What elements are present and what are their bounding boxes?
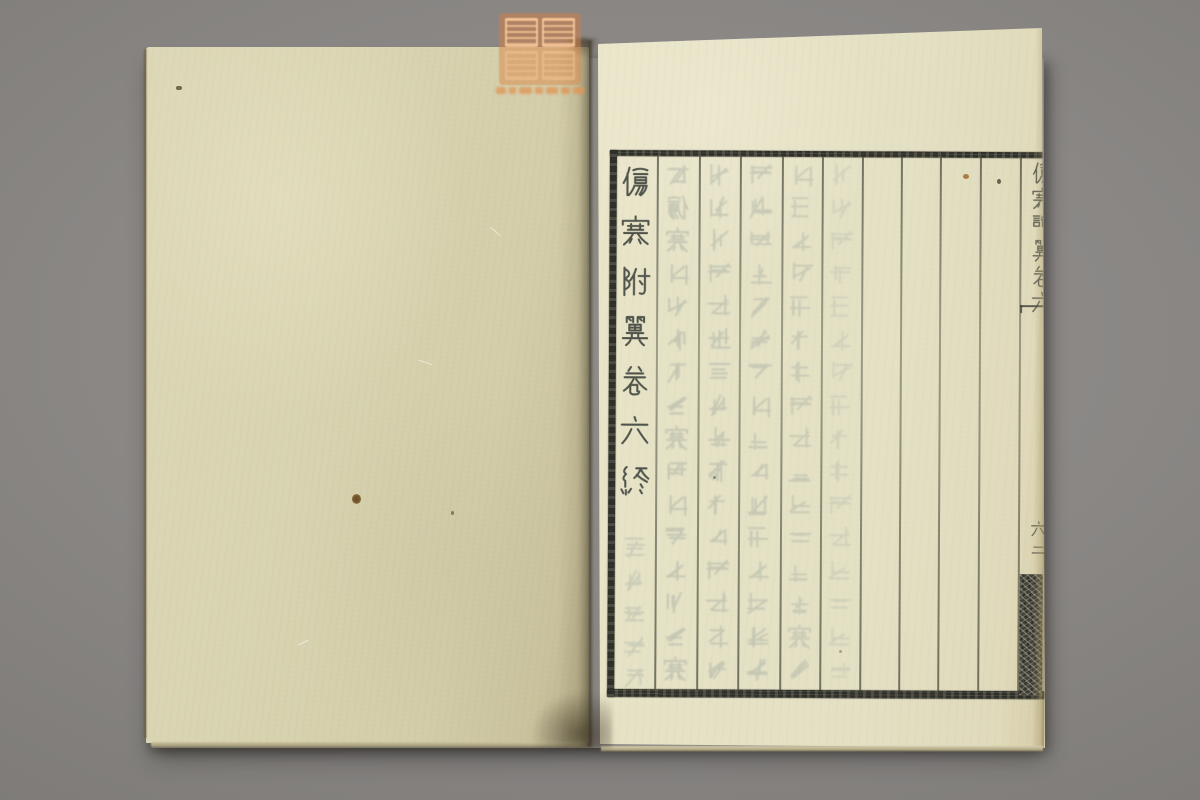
frame-border-left: [607, 150, 617, 697]
kanji-glyph: [828, 392, 854, 420]
kanji-glyph: [706, 292, 732, 320]
bleedthrough-column: [782, 161, 819, 684]
book-gutter: [558, 40, 602, 747]
paper-fleck: [176, 86, 182, 90]
kanji-glyph: [622, 534, 647, 561]
kanji-glyph: [827, 425, 853, 453]
page-stack-edge-left: [151, 742, 587, 748]
kanji-glyph: [828, 326, 854, 354]
kanji-glyph: [1031, 160, 1054, 185]
printed-block: 傷寒附翼卷六終 傷寒論翼卷六: [592, 26, 1048, 752]
kanji-glyph: [746, 557, 772, 585]
kanji-glyph: [1031, 186, 1054, 211]
seal-glyph: [542, 18, 575, 47]
kanji-glyph: [622, 633, 647, 660]
column-rule: [937, 158, 941, 691]
kanji-glyph: [665, 193, 691, 221]
kanji-glyph: [705, 490, 731, 518]
kanji-glyph: [787, 557, 813, 585]
kanji-glyph: [786, 623, 812, 651]
kanji-glyph: [829, 161, 855, 189]
kanji-glyph: [788, 227, 814, 255]
kanji-glyph: [746, 425, 772, 453]
kanji-glyph: [746, 458, 772, 486]
paper-fleck: [713, 476, 716, 479]
kanji-glyph: [747, 392, 773, 420]
kanji-glyph: [789, 161, 815, 189]
kanji-glyph: [663, 589, 689, 617]
kanji-glyph: [787, 491, 813, 519]
kanji-glyph: [664, 292, 690, 320]
kanji-glyph: [789, 194, 815, 222]
kanji-glyph: [746, 491, 772, 519]
kanji-glyph: [618, 414, 650, 448]
column-rule: [654, 156, 658, 689]
kanji-glyph: [826, 656, 852, 684]
kanji-glyph: [707, 193, 733, 221]
column-rule: [819, 157, 823, 690]
kanji-glyph: [746, 524, 772, 552]
kanji-glyph: [746, 590, 772, 618]
kanji-glyph: [622, 567, 647, 594]
kanji-glyph: [828, 227, 854, 255]
page-fold-edge: [1032, 28, 1048, 752]
kanji-glyph: [828, 359, 854, 387]
kanji-glyph: [1030, 264, 1053, 289]
kanji-glyph: [787, 425, 813, 453]
kanji-glyph: [663, 523, 689, 551]
kanji-glyph: [747, 326, 773, 354]
kanji-glyph: [1030, 520, 1047, 538]
kanji-glyph: [1030, 238, 1053, 263]
colophon-column: [617, 164, 653, 498]
frame-border-bottom: [607, 689, 1044, 699]
bleedthrough-column: [741, 161, 778, 684]
kanji-glyph: [705, 556, 731, 584]
spine-black-block: [1019, 574, 1043, 695]
kanji-glyph: [663, 556, 689, 584]
kanji-glyph: [665, 160, 691, 188]
seal-caption-blur: [496, 85, 588, 96]
kanji-glyph: [827, 590, 853, 618]
kanji-glyph: [787, 458, 813, 486]
seal-glyph: [542, 51, 575, 80]
column-rule: [1017, 158, 1021, 691]
kanji-glyph: [1030, 290, 1053, 315]
bleedthrough-column: [822, 161, 859, 684]
gutter-shadow-bottom: [532, 692, 612, 748]
paper-stain: [352, 494, 361, 504]
kanji-glyph: [704, 655, 730, 683]
kanji-glyph: [622, 600, 647, 627]
kanji-glyph: [662, 655, 688, 683]
kanji-glyph: [788, 359, 814, 387]
paper-fleck: [963, 174, 969, 179]
kanji-glyph: [664, 358, 690, 386]
kanji-glyph: [705, 457, 731, 485]
kanji-glyph: [664, 325, 690, 353]
kanji-glyph: [664, 259, 690, 287]
kanji-glyph: [787, 590, 813, 618]
kanji-glyph: [788, 326, 814, 354]
kanji-glyph: [664, 391, 690, 419]
paper-fleck: [451, 511, 454, 515]
kanji-glyph: [619, 314, 651, 348]
kanji-glyph: [745, 623, 771, 651]
right-page: 傷寒附翼卷六終 傷寒論翼卷六: [595, 26, 1047, 750]
kanji-glyph: [706, 325, 732, 353]
kanji-glyph: [705, 424, 731, 452]
kanji-glyph: [618, 464, 650, 498]
kanji-glyph: [828, 260, 854, 288]
bleedthrough-column: [658, 160, 695, 683]
kanji-glyph: [663, 457, 689, 485]
kanji-glyph: [787, 524, 813, 552]
kanji-glyph: [827, 524, 853, 552]
kanji-glyph: [706, 391, 732, 419]
kanji-glyph: [827, 491, 853, 519]
kanji-glyph: [786, 656, 812, 684]
paper-fleck: [997, 179, 1001, 184]
paper-fleck: [839, 650, 842, 653]
kanji-glyph: [826, 623, 852, 651]
kanji-glyph: [827, 458, 853, 486]
bleedthrough-tail: [618, 534, 651, 693]
kanji-glyph: [748, 194, 774, 222]
kanji-glyph: [747, 227, 773, 255]
kanji-glyph: [704, 622, 730, 650]
kanji-glyph: [788, 293, 814, 321]
kanji-glyph: [747, 359, 773, 387]
photo-background: 傷寒附翼卷六終 傷寒論翼卷六: [0, 0, 1200, 800]
kanji-glyph: [662, 622, 688, 650]
kanji-glyph: [706, 226, 732, 254]
kanji-glyph: [706, 259, 732, 287]
kanji-glyph: [828, 293, 854, 321]
kanji-glyph: [829, 194, 855, 222]
seal-glyph: [505, 51, 538, 80]
page-stack-edge-right: [601, 746, 1043, 752]
spine-page-number: [1030, 520, 1050, 559]
spine-title-text: 傷寒論翼卷六: [596, 26, 597, 27]
column-rule: [859, 157, 863, 690]
kanji-glyph: [663, 490, 689, 518]
kanji-glyph: [619, 214, 651, 248]
column-rule: [898, 158, 902, 691]
kanji-glyph: [747, 260, 773, 288]
kanji-glyph: [619, 364, 651, 398]
frame-border-top: [610, 150, 1047, 158]
kanji-glyph: [747, 293, 773, 321]
kanji-glyph: [748, 161, 774, 189]
kanji-glyph: [827, 557, 853, 585]
left-page-blank: [146, 47, 589, 743]
kanji-glyph: [788, 392, 814, 420]
kanji-glyph: [707, 160, 733, 188]
column-rule: [696, 156, 700, 689]
kanji-glyph: [622, 666, 647, 693]
kanji-glyph: [620, 164, 652, 198]
kanji-glyph: [1031, 212, 1054, 237]
kanji-glyph: [1030, 541, 1047, 559]
seal-watermark: [499, 13, 581, 85]
kanji-glyph: [706, 358, 732, 386]
column-rule: [779, 157, 783, 690]
kanji-glyph: [705, 589, 731, 617]
kanji-glyph: [745, 656, 771, 684]
kanji-glyph: [619, 264, 651, 298]
left-page-text: [146, 47, 147, 48]
seal-glyph: [505, 18, 538, 47]
bleedthrough-column: [700, 160, 737, 683]
column-rule: [737, 157, 741, 690]
colophon-text: 傷寒附翼卷六終: [596, 26, 597, 27]
kanji-glyph: [663, 424, 689, 452]
column-rule: [977, 158, 981, 691]
kanji-glyph: [705, 523, 731, 551]
spine-section-rule: [1020, 305, 1045, 307]
kanji-glyph: [664, 226, 690, 254]
kanji-glyph: [788, 260, 814, 288]
